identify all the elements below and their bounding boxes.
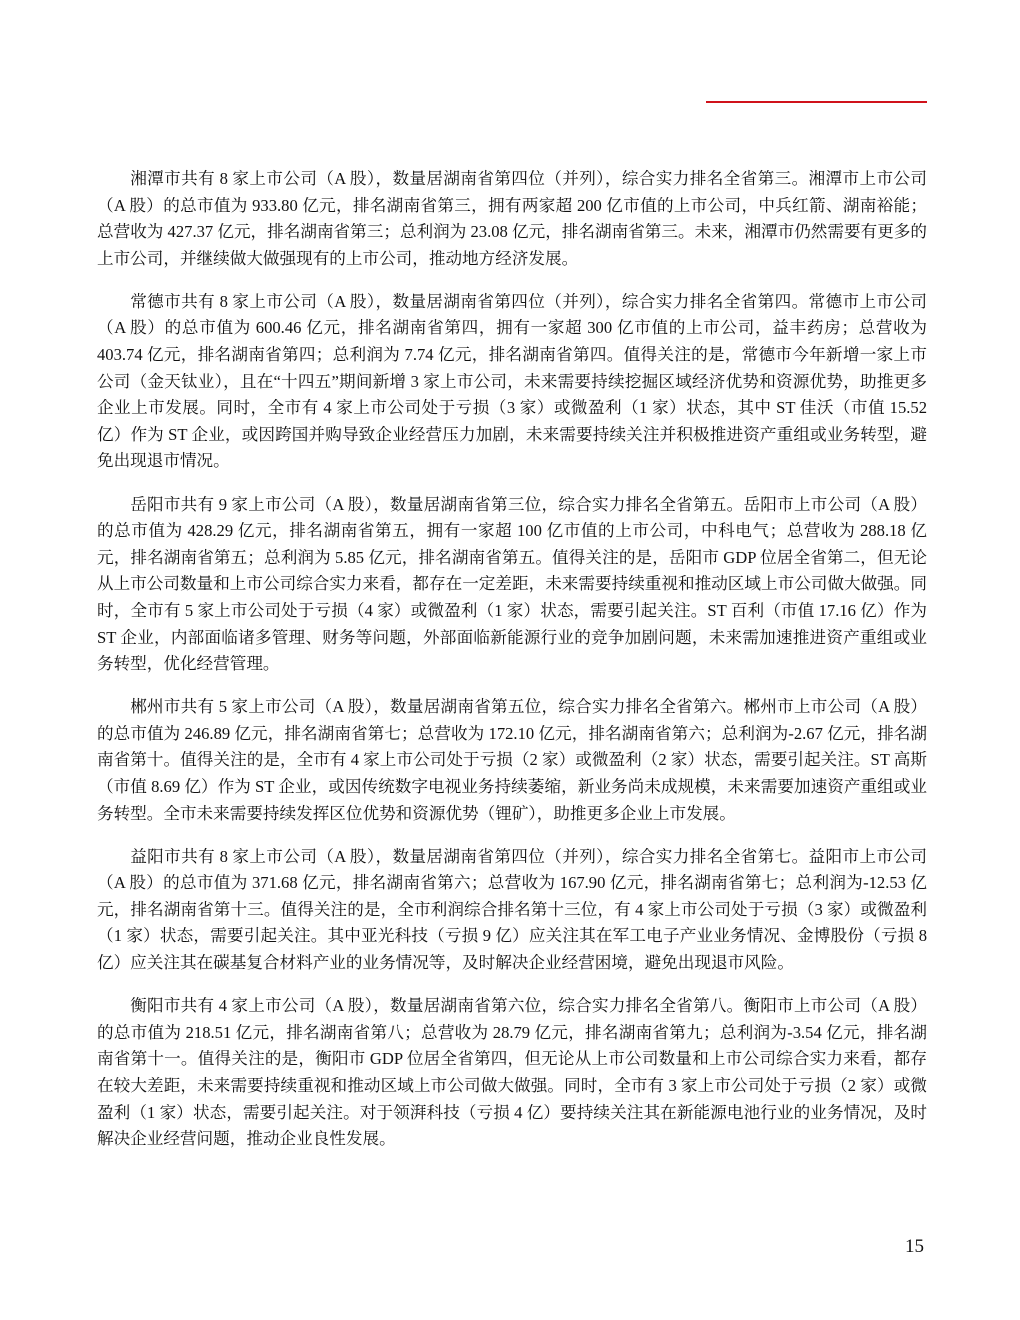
document-body: 湘潭市共有 8 家上市公司（A 股），数量居湖南省第四位（并列），综合实力排名全… xyxy=(97,166,927,1169)
paragraph-chenzhou: 郴州市共有 5 家上市公司（A 股），数量居湖南省第五位，综合实力排名全省第六。… xyxy=(97,694,927,827)
paragraph-yueyang: 岳阳市共有 9 家上市公司（A 股），数量居湖南省第三位，综合实力排名全省第五。… xyxy=(97,492,927,678)
paragraph-xiangtan: 湘潭市共有 8 家上市公司（A 股），数量居湖南省第四位（并列），综合实力排名全… xyxy=(97,166,927,272)
paragraph-hengyang: 衡阳市共有 4 家上市公司（A 股），数量居湖南省第六位，综合实力排名全省第八。… xyxy=(97,993,927,1153)
page-number: 15 xyxy=(905,1236,924,1258)
header-red-rule xyxy=(706,101,927,103)
paragraph-changde: 常德市共有 8 家上市公司（A 股），数量居湖南省第四位（并列），综合实力排名全… xyxy=(97,289,927,475)
paragraph-yiyang: 益阳市共有 8 家上市公司（A 股），数量居湖南省第四位（并列），综合实力排名全… xyxy=(97,844,927,977)
